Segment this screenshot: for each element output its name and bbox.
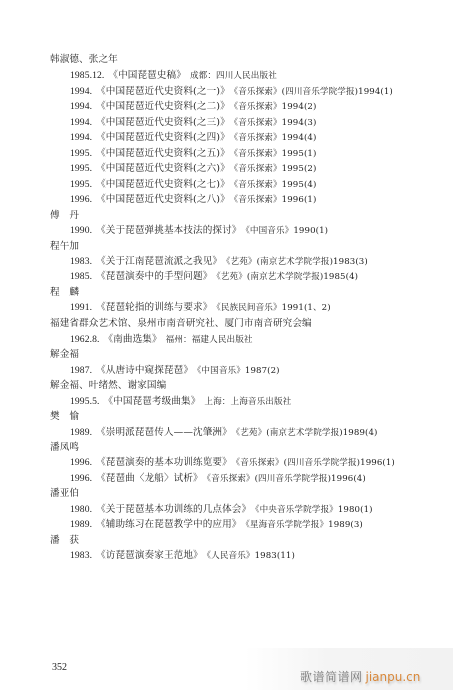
bibliography-entry: 1983.《关于江南琵琶流派之我见》《艺苑》(南京艺术学院学报)1983(3) bbox=[70, 256, 368, 268]
entry-source: 《音乐探索》1995(4) bbox=[234, 180, 317, 190]
bibliography-entry: 1983.《访琵琶演奏家王范地》《人民音乐》1983(11) bbox=[70, 550, 295, 562]
entry-source: 成都：四川人民出版社 bbox=[190, 71, 277, 81]
entry-source: 《中央音乐学院学报》1980(1) bbox=[255, 505, 372, 515]
bibliography-entry: 1996.《琵琶曲〈龙船〉试析》《音乐探索》(四川音乐学院学报)1996(4) bbox=[70, 473, 366, 485]
entry-title: 《中国琵琶近代史资料(之七)》 bbox=[96, 179, 230, 190]
entry-title: 《南曲选集》 bbox=[103, 334, 161, 345]
entry-title: 《中国琵琶近代史资料(之四)》 bbox=[96, 132, 230, 143]
entry-year: 1983. bbox=[70, 256, 92, 268]
author-heading: 程午加 bbox=[50, 241, 79, 253]
entry-title: 《琵琶曲〈龙船〉试析》 bbox=[96, 473, 203, 484]
author-heading: 韩淑德、张之年 bbox=[50, 54, 118, 66]
entry-year: 1989. bbox=[70, 519, 92, 531]
entry-source: 《音乐探索》1994(4) bbox=[234, 133, 317, 143]
entry-source: 《人民音乐》1983(11) bbox=[207, 551, 295, 561]
entry-year: 1994. bbox=[70, 86, 92, 98]
entry-year: 1980. bbox=[70, 504, 92, 516]
entry-source: 《艺苑》(南京艺术学院学报)1985(4) bbox=[216, 272, 358, 282]
author-heading: 解金福 bbox=[50, 349, 79, 361]
entry-year: 1995. bbox=[70, 163, 92, 175]
entry-title: 《崇明派琵琶传人——沈肇洲》 bbox=[96, 427, 232, 438]
bibliography-entry: 1962.8.《南曲选集》福州：福建人民出版社 bbox=[70, 334, 253, 346]
entry-source: 《音乐探索》1996(1) bbox=[234, 195, 317, 205]
entry-source: 《音乐探索》1995(1) bbox=[234, 149, 317, 159]
entry-title: 《中国琵琶近代史资料(之六)》 bbox=[96, 163, 230, 174]
entry-title: 《从唐诗中窥探琵琶》 bbox=[96, 365, 193, 376]
author-heading: 潘凤鸣 bbox=[50, 442, 79, 454]
entry-title: 《中国琵琶近代史资料(之八)》 bbox=[96, 194, 230, 205]
entry-title: 《中国琵琶近代史资料(之三)》 bbox=[96, 117, 230, 128]
author-heading: 樊 愉 bbox=[50, 411, 79, 423]
entry-title: 《关于江南琵琶流派之我见》 bbox=[96, 256, 222, 267]
bibliography-entry: 1991.《琵琶轮指的训练与要求》《民族民间音乐》1991(1、2) bbox=[70, 302, 331, 314]
entry-title: 《中国琵琶近代史资料(之一)》 bbox=[96, 86, 230, 97]
entry-year: 1995. bbox=[70, 179, 92, 191]
entry-source: 《音乐探索》(四川音乐学院学报)1996(4) bbox=[207, 474, 366, 484]
entry-title: 《辅助练习在琵琶教学中的应用》 bbox=[96, 519, 241, 530]
bibliography-entry: 1996.《琵琶演奏的基本功训练览要》《音乐探索》(四川音乐学院学报)1996(… bbox=[70, 457, 395, 469]
author-heading: 潘亚伯 bbox=[50, 488, 79, 500]
watermark: 歌谱简谱网jianpu.cn bbox=[300, 668, 420, 685]
entry-year: 1985.12. bbox=[70, 70, 104, 82]
bibliography-entry: 1990.《关于琵琶弹挑基本技法的探讨》《中国音乐》1990(1) bbox=[70, 225, 328, 237]
bibliography-entry: 1996.《中国琵琶近代史资料(之八)》《音乐探索》1996(1) bbox=[70, 194, 316, 206]
entry-year: 1987. bbox=[70, 365, 92, 377]
entry-title: 《琵琶演奏中的手型问题》 bbox=[96, 271, 212, 282]
entry-title: 《关于琵琶基本功训练的几点体会》 bbox=[96, 504, 251, 515]
bibliography-entry: 1995.《中国琵琶近代史资料(之五)》《音乐探索》1995(1) bbox=[70, 148, 316, 160]
author-heading: 傅 丹 bbox=[50, 210, 79, 222]
entry-year: 1962.8. bbox=[70, 334, 99, 346]
entry-year: 1994. bbox=[70, 117, 92, 129]
entry-year: 1990. bbox=[70, 225, 92, 237]
entry-year: 1985. bbox=[70, 271, 92, 283]
entry-year: 1983. bbox=[70, 550, 92, 562]
entry-source: 《中国音乐》1987(2) bbox=[197, 366, 280, 376]
entry-source: 福州：福建人民出版社 bbox=[166, 335, 253, 345]
entry-title: 《关于琵琶弹挑基本技法的探讨》 bbox=[96, 225, 241, 236]
entry-source: 《音乐探索》1994(3) bbox=[234, 118, 317, 128]
bibliography-entry: 1989.《辅助练习在琵琶教学中的应用》《星海音乐学院学报》1989(3) bbox=[70, 519, 363, 531]
entry-source: 《音乐探索》1995(2) bbox=[234, 164, 317, 174]
bibliography-entry: 1995.《中国琵琶近代史资料(之七)》《音乐探索》1995(4) bbox=[70, 179, 316, 191]
entry-title: 《中国琵琶近代史资料(之二)》 bbox=[96, 101, 230, 112]
bibliography-entry: 1980.《关于琵琶基本功训练的几点体会》《中央音乐学院学报》1980(1) bbox=[70, 504, 373, 516]
entry-year: 1994. bbox=[70, 132, 92, 144]
entry-year: 1995.5. bbox=[70, 396, 99, 408]
entry-title: 《中国琵琶近代史资料(之五)》 bbox=[96, 148, 230, 159]
entry-title: 《琵琶演奏的基本功训练览要》 bbox=[96, 457, 232, 468]
entry-source: 《中国音乐》1990(1) bbox=[246, 226, 329, 236]
entry-source: 上海：上海音乐出版社 bbox=[204, 397, 291, 407]
bibliography-entry: 1994.《中国琵琶近代史资料(之一)》《音乐探索》(四川音乐学院学报)1994… bbox=[70, 86, 393, 98]
entry-title: 《访琵琶演奏家王范地》 bbox=[96, 550, 203, 561]
entry-source: 《音乐探索》1994(2) bbox=[234, 102, 317, 112]
bibliography-entry: 1987.《从唐诗中窥探琵琶》《中国音乐》1987(2) bbox=[70, 365, 280, 377]
author-heading: 程 麟 bbox=[50, 287, 79, 299]
author-heading: 潘 获 bbox=[50, 535, 79, 547]
entry-year: 1994. bbox=[70, 101, 92, 113]
bibliography-entry: 1995.《中国琵琶近代史资料(之六)》《音乐探索》1995(2) bbox=[70, 163, 316, 175]
entry-source: 《民族民间音乐》1991(1、2) bbox=[216, 303, 330, 313]
entry-year: 1989. bbox=[70, 427, 92, 439]
entry-title: 《琵琶轮指的训练与要求》 bbox=[96, 302, 212, 313]
entry-source: 《艺苑》(南京艺术学院学报)1983(3) bbox=[226, 257, 368, 267]
entry-year: 1991. bbox=[70, 302, 92, 314]
entry-year: 1996. bbox=[70, 194, 92, 206]
author-heading: 解金福、叶绪然、谢家国编 bbox=[50, 380, 166, 392]
author-heading: 福建省群众艺术馆、泉州市南音研究社、厦门市南音研究会编 bbox=[50, 318, 312, 330]
page-number: 352 bbox=[52, 662, 67, 673]
watermark-domain: jianpu.cn bbox=[366, 670, 421, 684]
bibliography-entry: 1985.《琵琶演奏中的手型问题》《艺苑》(南京艺术学院学报)1985(4) bbox=[70, 271, 358, 283]
bibliography-entry: 1994.《中国琵琶近代史资料(之四)》《音乐探索》1994(4) bbox=[70, 132, 316, 144]
entry-source: 《音乐探索》(四川音乐学院学报)1996(1) bbox=[236, 458, 395, 468]
watermark-site-name: 歌谱简谱网 bbox=[300, 670, 363, 684]
bibliography-entry: 1985.12.《中国琵琶史稿》成都：四川人民出版社 bbox=[70, 70, 277, 82]
bibliography-entry: 1994.《中国琵琶近代史资料(之二)》《音乐探索》1994(2) bbox=[70, 101, 316, 113]
bibliography-entry: 1995.5.《中国琵琶考级曲集》上海：上海音乐出版社 bbox=[70, 396, 291, 408]
bibliography-entry: 1989.《崇明派琵琶传人——沈肇洲》《艺苑》(南京艺术学院学报)1989(4) bbox=[70, 427, 378, 439]
document-page: 韩淑德、张之年 1985.12.《中国琵琶史稿》成都：四川人民出版社 1994.… bbox=[0, 0, 453, 690]
entry-source: 《星海音乐学院学报》1989(3) bbox=[246, 520, 363, 530]
entry-source: 《艺苑》(南京艺术学院学报)1989(4) bbox=[236, 428, 378, 438]
entry-title: 《中国琵琶史稿》 bbox=[108, 70, 186, 81]
entry-title: 《中国琵琶考级曲集》 bbox=[103, 396, 200, 407]
entry-source: 《音乐探索》(四川音乐学院学报)1994(1) bbox=[234, 87, 393, 97]
entry-year: 1996. bbox=[70, 457, 92, 469]
entry-year: 1996. bbox=[70, 473, 92, 485]
bibliography-entry: 1994.《中国琵琶近代史资料(之三)》《音乐探索》1994(3) bbox=[70, 117, 316, 129]
entry-year: 1995. bbox=[70, 148, 92, 160]
